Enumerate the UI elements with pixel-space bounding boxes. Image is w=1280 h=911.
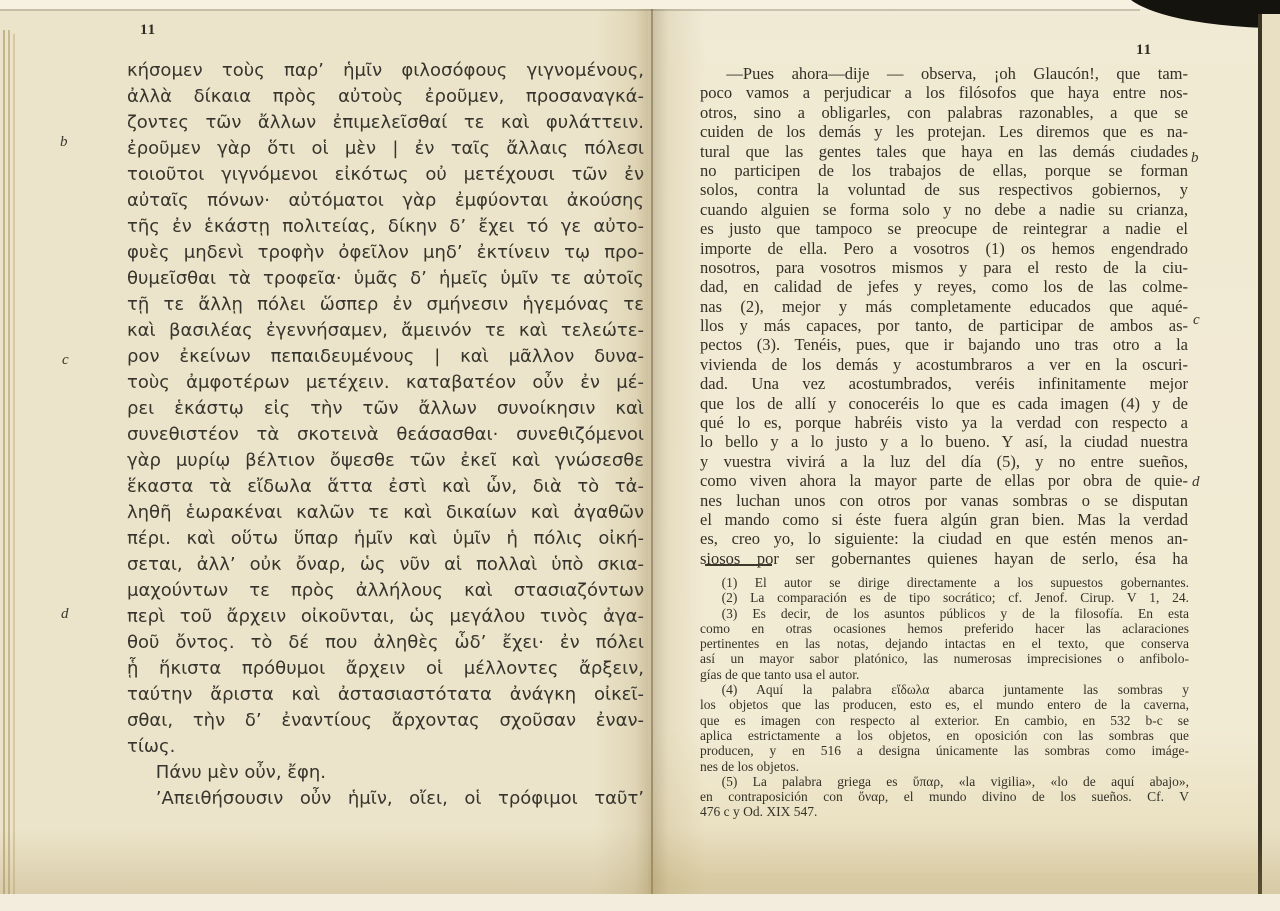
page-edge-line: [13, 34, 15, 911]
text-line: συνεθιστέον τὰ σκοτεινὰ θεάσασθαι· συνεθ…: [127, 422, 644, 448]
text-line: el mando como si éste fuera algún gran b…: [700, 510, 1188, 529]
text-line: θοῦ ὄντος. τὸ δέ που ἀληθὲς ὧδ’ ἔχει· ἐν…: [127, 630, 644, 656]
text-line: 476 c y Od. XIX 547.: [700, 804, 1189, 819]
text-line: ἀλλὰ δίκαια πρὸς αὐτοὺς ἐροῦμεν, προσανα…: [127, 84, 644, 110]
text-line: no participen de los trabajos de ellas, …: [700, 161, 1188, 180]
bottom-page-edge: [0, 894, 1280, 911]
page-edge-line: [8, 30, 10, 911]
left-margin-letter-b: b: [60, 134, 68, 151]
text-line: cuiden de los demás y les protejan. Les …: [700, 122, 1188, 141]
text-line: nes luchan unos con otros por vanas somb…: [700, 491, 1188, 510]
text-line: σεται, ἀλλ’ οὐκ ὄναρ, ὡς νῦν αἱ πολλαὶ ὑ…: [127, 552, 644, 578]
text-line: μαχούντων τε πρὸς ἀλλήλους καὶ στασιαζόν…: [127, 578, 644, 604]
text-line: ρον ἐκείνων πεπαιδευμένους | καὶ μᾶλλον …: [127, 344, 644, 370]
text-line: (2) La comparación es de tipo socrático;…: [700, 590, 1189, 605]
text-line: κήσομεν τοὺς παρ’ ἡμῖν φιλοσόφους γιγνομ…: [127, 58, 644, 84]
text-line: y vuestra vivirá a la luz del día (5), y…: [700, 452, 1188, 471]
text-line: ἕκαστα τὰ εἴδωλα ἅττα ἐστὶ καὶ ὧν, διὰ τ…: [127, 474, 644, 500]
text-line: así un mayor sabor platónico, las numero…: [700, 651, 1189, 666]
text-line: nes de los objetos.: [700, 759, 1189, 774]
greek-text-column: κήσομεν τοὺς παρ’ ἡμῖν φιλοσόφους γιγνομ…: [127, 58, 644, 812]
top-page-edge: [0, 0, 1280, 9]
text-line: llos y más capaces, por tanto, de partic…: [700, 316, 1188, 335]
page-edge-line: [3, 30, 5, 911]
text-line: τοιοῦτοι γιγνόμενοι εἰκότως οὐ μετέχουσι…: [127, 162, 644, 188]
text-line: vivienda de los demás y acostumbraros a …: [700, 355, 1188, 374]
text-line: (3) Es decir, de los asuntos públicos y …: [700, 606, 1189, 621]
text-line: τῆς ἐν ἑκάστῃ πολιτείας, δίκην δ’ ἔχει τ…: [127, 214, 644, 240]
text-line: poco vamos a perjudicar a los filósofos …: [700, 83, 1188, 102]
spanish-text-column: —Pues ahora—dije — observa, ¡oh Glaucón!…: [700, 64, 1188, 568]
book-scan: 11 b c d κήσομεν τοὺς παρ’ ἡμῖν φιλοσόφο…: [0, 0, 1280, 911]
text-line: producen, y en 516 a designa únicamente …: [700, 743, 1189, 758]
text-line: καὶ βασιλέας ἐγεννήσαμεν, ἄμεινόν τε καὶ…: [127, 318, 644, 344]
footnotes-column: (1) El autor se dirige directamente a lo…: [700, 575, 1189, 820]
left-margin-letter-d: d: [61, 606, 69, 623]
text-line: en contraposición con ὄναρ, el mundo div…: [700, 789, 1189, 804]
right-page-edge: [1262, 14, 1280, 911]
left-margin-letter-c: c: [62, 352, 69, 369]
right-page-number: 11: [1136, 42, 1152, 59]
text-line: τίως.: [127, 734, 644, 760]
text-line: ἐροῦμεν γὰρ ὅτι οἱ μὲν | ἐν ταῖς ἄλλαις …: [127, 136, 644, 162]
text-line: tural que las gentes tales que haya en l…: [700, 142, 1188, 161]
text-line: ζοντες τῶν ἄλλων ἐπιμελεῖσθαί τε καὶ φυλ…: [127, 110, 644, 136]
text-line: los objetos que las producen, esto es, e…: [700, 697, 1189, 712]
text-line: pectos (3). Tenéis, pues, que ir bajando…: [700, 335, 1188, 354]
text-line: φυὲς μηδενὶ τροφὴν ὀφεῖλον μηδ’ ἐκτίνειν…: [127, 240, 644, 266]
text-line: (4) Aquí la palabra εἴδωλα abarca juntam…: [700, 682, 1189, 697]
right-margin-letter-c: c: [1193, 312, 1200, 329]
text-line: que es imagen con respecto al exterior. …: [700, 713, 1189, 728]
text-line: gías de que tanto usa el autor.: [700, 667, 1189, 682]
text-line: πέρι. καὶ οὕτω ὕπαρ ἡμῖν καὶ ὑμῖν ἡ πόλι…: [127, 526, 644, 552]
text-line: dad, en calidad de jefes y reyes, como l…: [700, 277, 1188, 296]
text-line: ληθῆ ἑωρακέναι καλῶν τε καὶ δικαίων καὶ …: [127, 500, 644, 526]
text-line: solos, contra la voluntad de sus respect…: [700, 180, 1188, 199]
top-edge-hairline: [0, 9, 1140, 11]
text-line: nas (2), mejor y más completamente educa…: [700, 297, 1188, 316]
right-margin-letter-d: d: [1192, 474, 1200, 491]
text-line: como viven ahora la mayor parte de ellas…: [700, 471, 1188, 490]
text-line: τοὺς ἀμφοτέρων μετέχειν. καταβατέον οὖν …: [127, 370, 644, 396]
text-line: περὶ τοῦ ἄρχειν οἰκοῦνται, ὡς μεγάλου τι…: [127, 604, 644, 630]
text-line: es, creo yo, lo siguiente: la ciudad en …: [700, 529, 1188, 548]
text-line: τῇ τε ἄλλῃ πόλει ὥσπερ ἐν σμήνεσιν ἡγεμό…: [127, 292, 644, 318]
bottom-page-shadow: [0, 828, 1280, 894]
text-line: qué lo es, porque habréis visto ya la ve…: [700, 413, 1188, 432]
binding-crease-line: [651, 0, 653, 911]
text-line: γὰρ μυρίῳ βέλτιον ὄψεσθε τῶν ἐκεῖ καὶ γν…: [127, 448, 644, 474]
text-line: otros, sino a obligarles, con palabras r…: [700, 103, 1188, 122]
text-line: que los de allí y conoceréis lo que es c…: [700, 394, 1188, 413]
text-line: (5) La palabra griega es ὕπαρ, «la vigil…: [700, 774, 1189, 789]
text-line: aplica estrictamente a los objetos, en o…: [700, 728, 1189, 743]
text-line: σθαι, τὴν δ’ ἐναντίους ἄρχοντας σχοῦσαν …: [127, 708, 644, 734]
text-line: lo bello y a lo justo y a lo bueno. Y as…: [700, 432, 1188, 451]
text-line: ’Απειθήσουσιν οὖν ἡμῖν, οἴει, οἱ τρόφιμο…: [127, 786, 644, 812]
footnote-separator-rule: [705, 564, 772, 566]
text-line: (1) El autor se dirige directamente a lo…: [700, 575, 1189, 590]
text-line: ᾗ ἥκιστα πρόθυμοι ἄρχειν οἱ μέλλοντες ἄρ…: [127, 656, 644, 682]
text-line: αὐταῖς πόνων· αὐτόματοι γὰρ ἐμφύονται ἀκ…: [127, 188, 644, 214]
text-line: ρει ἑκάστῳ εἰς τὴν τῶν ἄλλων συνοίκησιν …: [127, 396, 644, 422]
text-line: dad. Una vez acostumbrados, veréis infin…: [700, 374, 1188, 393]
text-line: nosotros, para vosotros mismos y para el…: [700, 258, 1188, 277]
text-line: siosos por ser gobernantes quienes hayan…: [700, 549, 1188, 568]
left-page-number: 11: [140, 22, 156, 39]
text-line: como en otras ocasiones hemos preferido …: [700, 621, 1189, 636]
text-line: pertinentes en las notas, dejando intact…: [700, 636, 1189, 651]
text-line: —Pues ahora—dije — observa, ¡oh Glaucón!…: [700, 64, 1188, 83]
text-line: ταύτην ἄριστα καὶ ἀστασιαστότατα ἀνάγκη …: [127, 682, 644, 708]
text-line: θυμεῖσθαι τὰ τροφεῖα· ὑμᾶς δ’ ἡμεῖς ὑμῖν…: [127, 266, 644, 292]
text-line: Πάνυ μὲν οὖν, ἔφη.: [127, 760, 644, 786]
text-line: importe de ella. Pero a vosotros (1) os …: [700, 239, 1188, 258]
text-line: cuando alguien se forma solo y no debe a…: [700, 200, 1188, 219]
right-margin-letter-b: b: [1191, 150, 1199, 167]
text-line: es justo que tampoco se preocupe de rein…: [700, 219, 1188, 238]
